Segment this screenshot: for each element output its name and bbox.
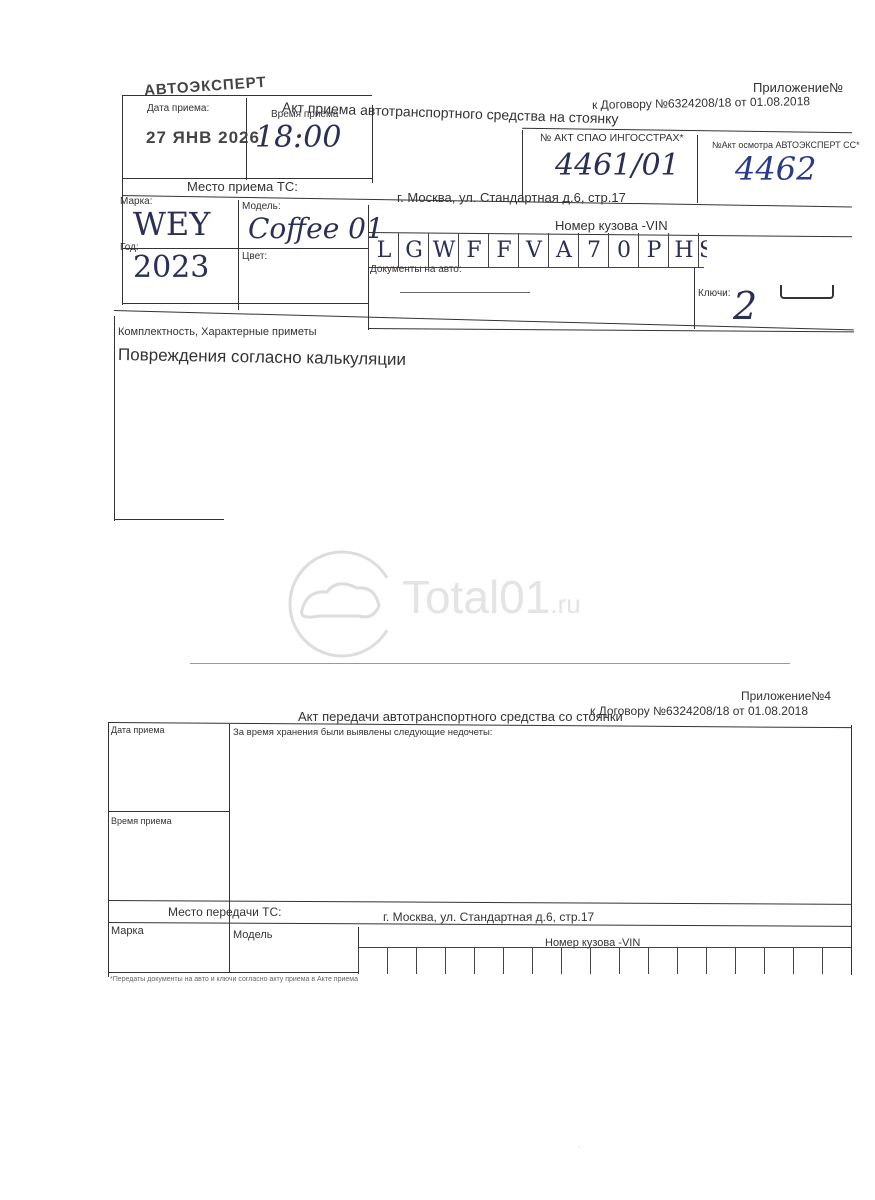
vin-char: F [488, 233, 519, 267]
act-inspect-value: 4462 [735, 150, 816, 188]
vin-cell-empty [590, 948, 620, 974]
time-label: Время приема [271, 109, 338, 120]
color-label: Цвет: [242, 251, 267, 262]
time-value: 18:00 [255, 120, 341, 155]
vin-char: P [638, 233, 669, 267]
model-label: Модель: [242, 201, 281, 212]
vin-boxes-2 [358, 947, 851, 974]
keys-label: Ключи: [698, 288, 731, 299]
act-ingos-label: № АКТ СПАО ИНГОССТРАХ* [540, 132, 684, 144]
vin-cell-empty [735, 948, 765, 974]
place-value-2: г. Москва, ул. Стандартная д.6, стр.17 [383, 910, 594, 924]
date-value: 27 ЯНВ 2026 [146, 128, 260, 148]
footnote: *Передаты документы на авто и ключи согл… [110, 976, 358, 983]
appendix-label: Приложение№ [753, 80, 843, 95]
act-inspect-label: №Акт осмотра АВТОЭКСПЕРТ СС* [712, 140, 860, 150]
vin-char: L [368, 233, 399, 267]
year-value: 2023 [133, 250, 209, 285]
vin-label: Номер кузова -VIN [555, 218, 668, 233]
vin-char: 0 [608, 233, 639, 267]
watermark [287, 548, 397, 663]
vin-cell-empty [474, 948, 504, 974]
date-label-2: Дата приема [111, 725, 165, 735]
defects-label: За время хранения были выявлены следующи… [233, 727, 492, 738]
keys-value: 2 [733, 284, 757, 328]
vin-cell-empty [445, 948, 475, 974]
car-cloud-icon [287, 548, 397, 658]
docs-label: Документы на авто: [370, 264, 462, 275]
equipment-label: Комплектность, Характерные приметы [118, 326, 317, 338]
act-title-2: Акт передачи автотранспортного средства … [298, 709, 623, 724]
place-label: Место приема ТС: [187, 179, 298, 194]
place-label-2: Место передачи ТС: [168, 905, 281, 919]
vin-cell-empty [706, 948, 736, 974]
keys-bracket [780, 285, 834, 299]
contract-ref: к Договору №6324208/18 от 01.08.2018 [592, 94, 810, 112]
brand-value: WEY [133, 205, 210, 243]
vin-char: 7 [578, 233, 609, 267]
vin-char: H [668, 233, 699, 267]
appendix-label-2: Приложение№4 [741, 689, 831, 703]
vin-cell-empty [764, 948, 794, 974]
vin-cell-empty [677, 948, 707, 974]
date-label: Дата приема: [147, 103, 209, 114]
act-ingos-value: 4461/01 [555, 148, 680, 183]
vin-cell-empty [503, 948, 533, 974]
vin-char: F [458, 233, 489, 267]
model-label-2: Модель [233, 929, 272, 941]
brand-label-2: Марка [111, 925, 144, 937]
vin-cell-empty [416, 948, 446, 974]
vin-cell-empty [648, 948, 678, 974]
vin-char: V [518, 233, 549, 267]
vin-char: W [428, 233, 459, 267]
vin-cell-empty [793, 948, 823, 974]
vin-char: S [698, 233, 707, 267]
vin-cell-empty [358, 948, 388, 974]
vin-boxes: LGWFFVA70PHS [368, 233, 704, 268]
damage-text: Повреждения согласно калькуляции [118, 345, 406, 370]
vin-char: G [398, 233, 429, 267]
model-value: Coffee 01 [248, 212, 384, 245]
vin-cell-empty [619, 948, 649, 974]
watermark-text: Total01.ru [402, 570, 581, 624]
vin-cell-empty [532, 948, 562, 974]
vin-cell-empty [387, 948, 417, 974]
time-label-2: Время приема [111, 816, 172, 826]
vin-cell-empty [822, 948, 852, 974]
scan-mark: · [578, 1142, 581, 1151]
vin-char: A [548, 233, 579, 267]
vin-cell-empty [561, 948, 591, 974]
